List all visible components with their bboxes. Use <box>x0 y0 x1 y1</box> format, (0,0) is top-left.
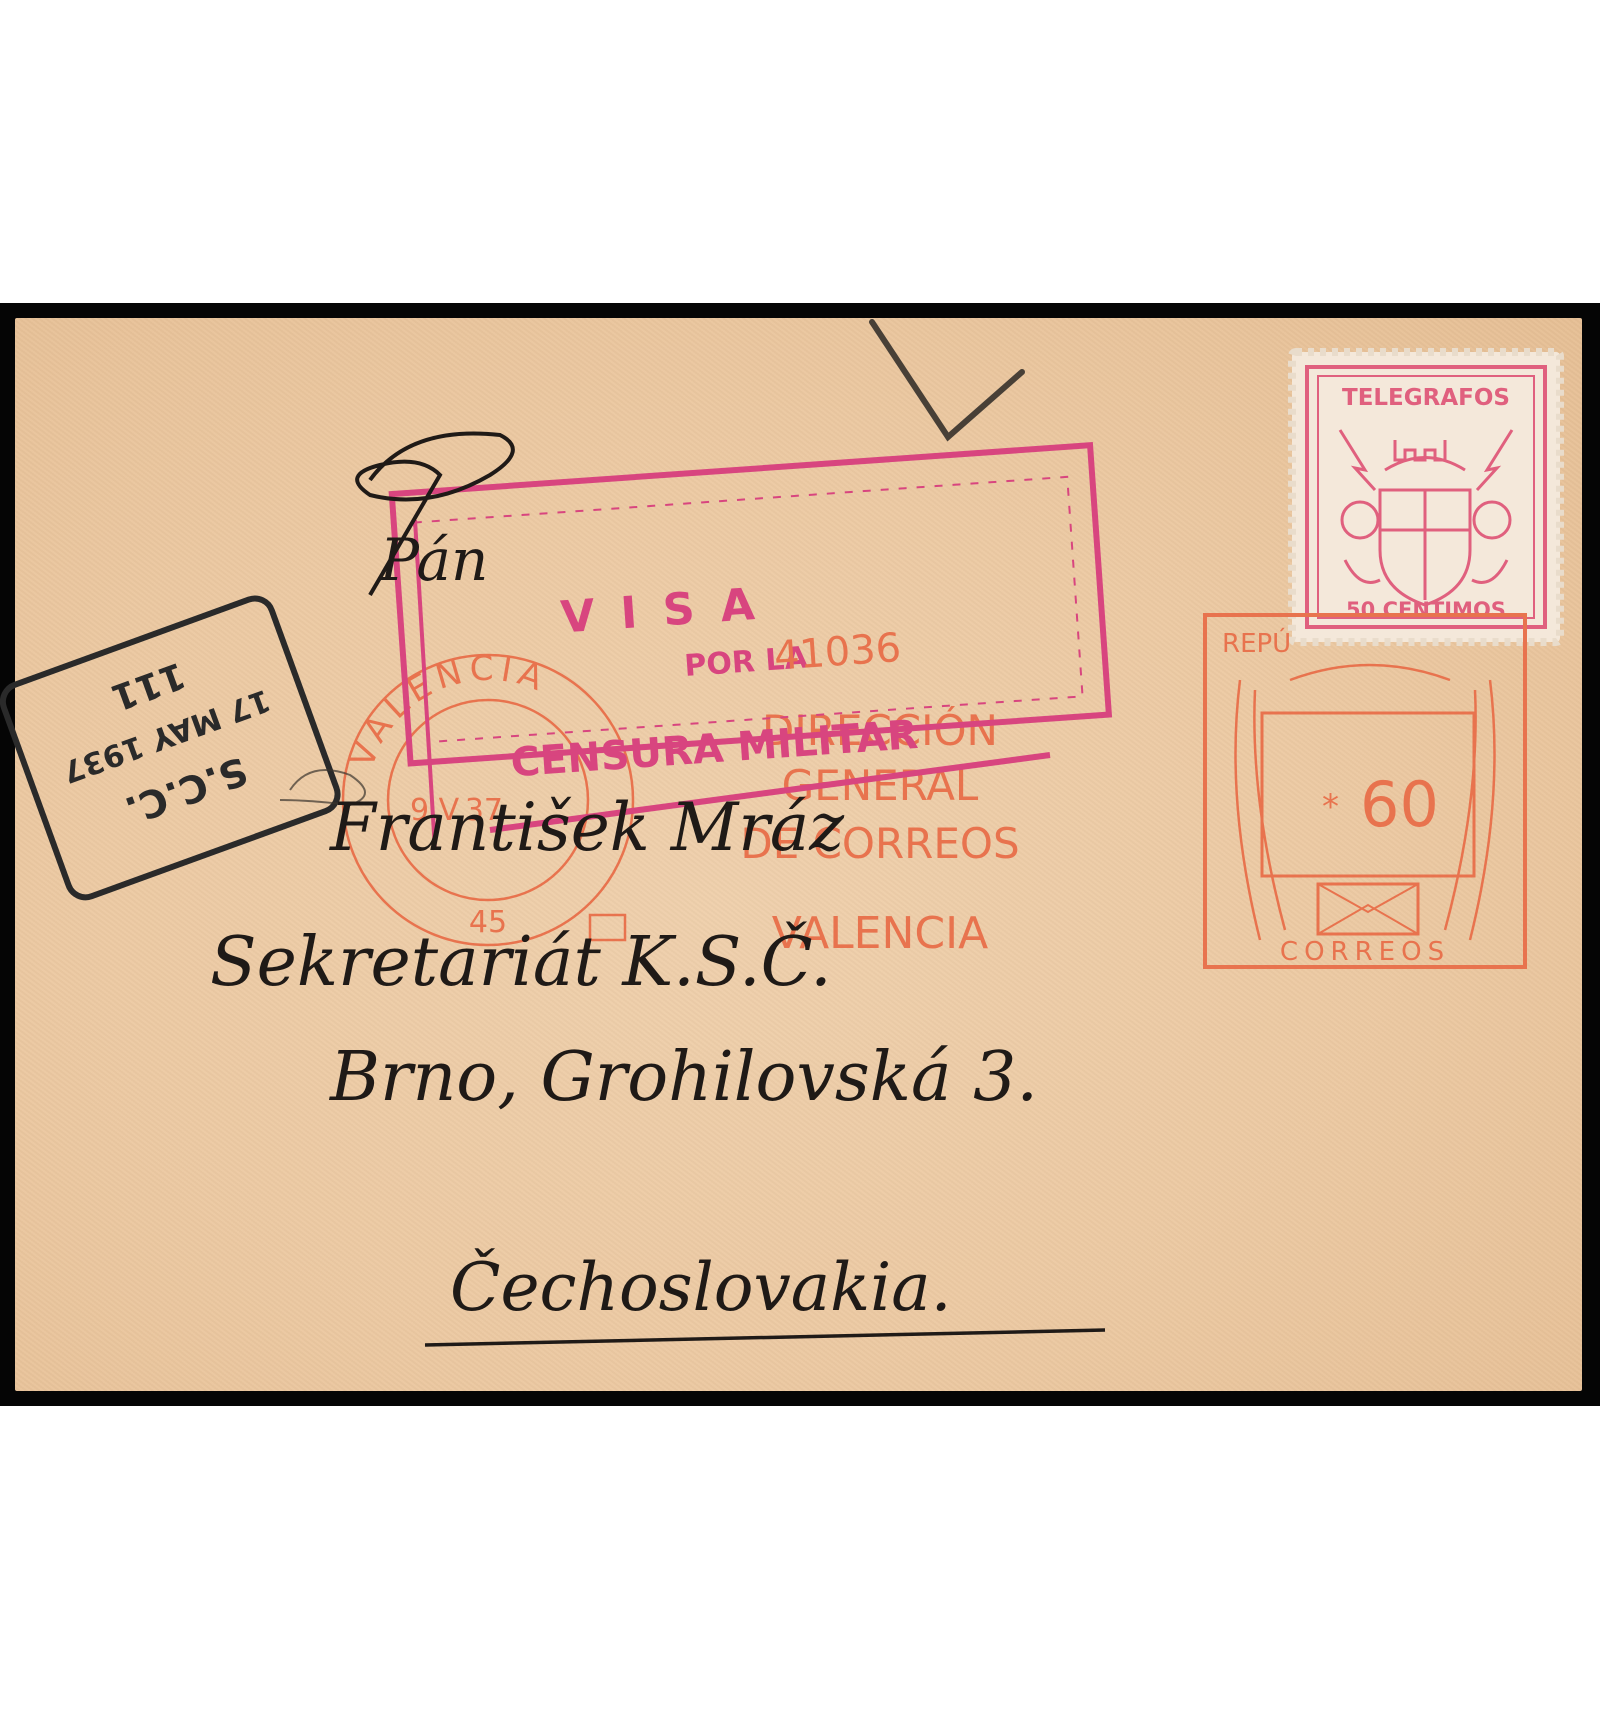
censor-number: 41036 <box>772 625 902 680</box>
stamp-bottom-label: 50 CENTIMOS <box>1346 598 1506 622</box>
pencil-check-mark <box>872 322 1022 437</box>
address-line: Sekretariát K.S.Č. <box>210 922 832 1002</box>
cancel-line: 111 <box>106 654 191 718</box>
censor-line-visa: VISA <box>559 577 782 643</box>
address-line: František Mráz <box>329 789 845 866</box>
meter-bottom-label: CORREOS <box>1280 937 1450 967</box>
boxed-cancel-stamp: S.C.C. 17 MAY 1937 111 <box>0 593 343 902</box>
address-line: Čechoslovakia. <box>450 1249 952 1326</box>
envelope-markings: TELEGRAFOS 50 CENTIMOS REPÚ * 60 CORREOS <box>0 0 1600 1710</box>
address-line: Brno, Grohilovská 3. <box>328 1038 1038 1117</box>
handwritten-address: Pán František Mráz Sekretariát K.S.Č. Br… <box>210 433 1105 1345</box>
telegraph-stamp: TELEGRAFOS 50 CENTIMOS <box>1292 352 1560 642</box>
military-censor-mark: VISA POR LA 41036 CENSURA MILITAR <box>392 445 1111 793</box>
postage-meter-mark: REPÚ * 60 CORREOS <box>1205 615 1525 967</box>
address-underline <box>425 1330 1105 1345</box>
stamp-top-label: TELEGRAFOS <box>1342 385 1510 411</box>
address-prefix: Pán <box>379 526 488 594</box>
meter-star-icon: * <box>1322 787 1339 827</box>
meter-value: 60 <box>1360 768 1439 841</box>
meter-top-label: REPÚ <box>1222 627 1291 659</box>
